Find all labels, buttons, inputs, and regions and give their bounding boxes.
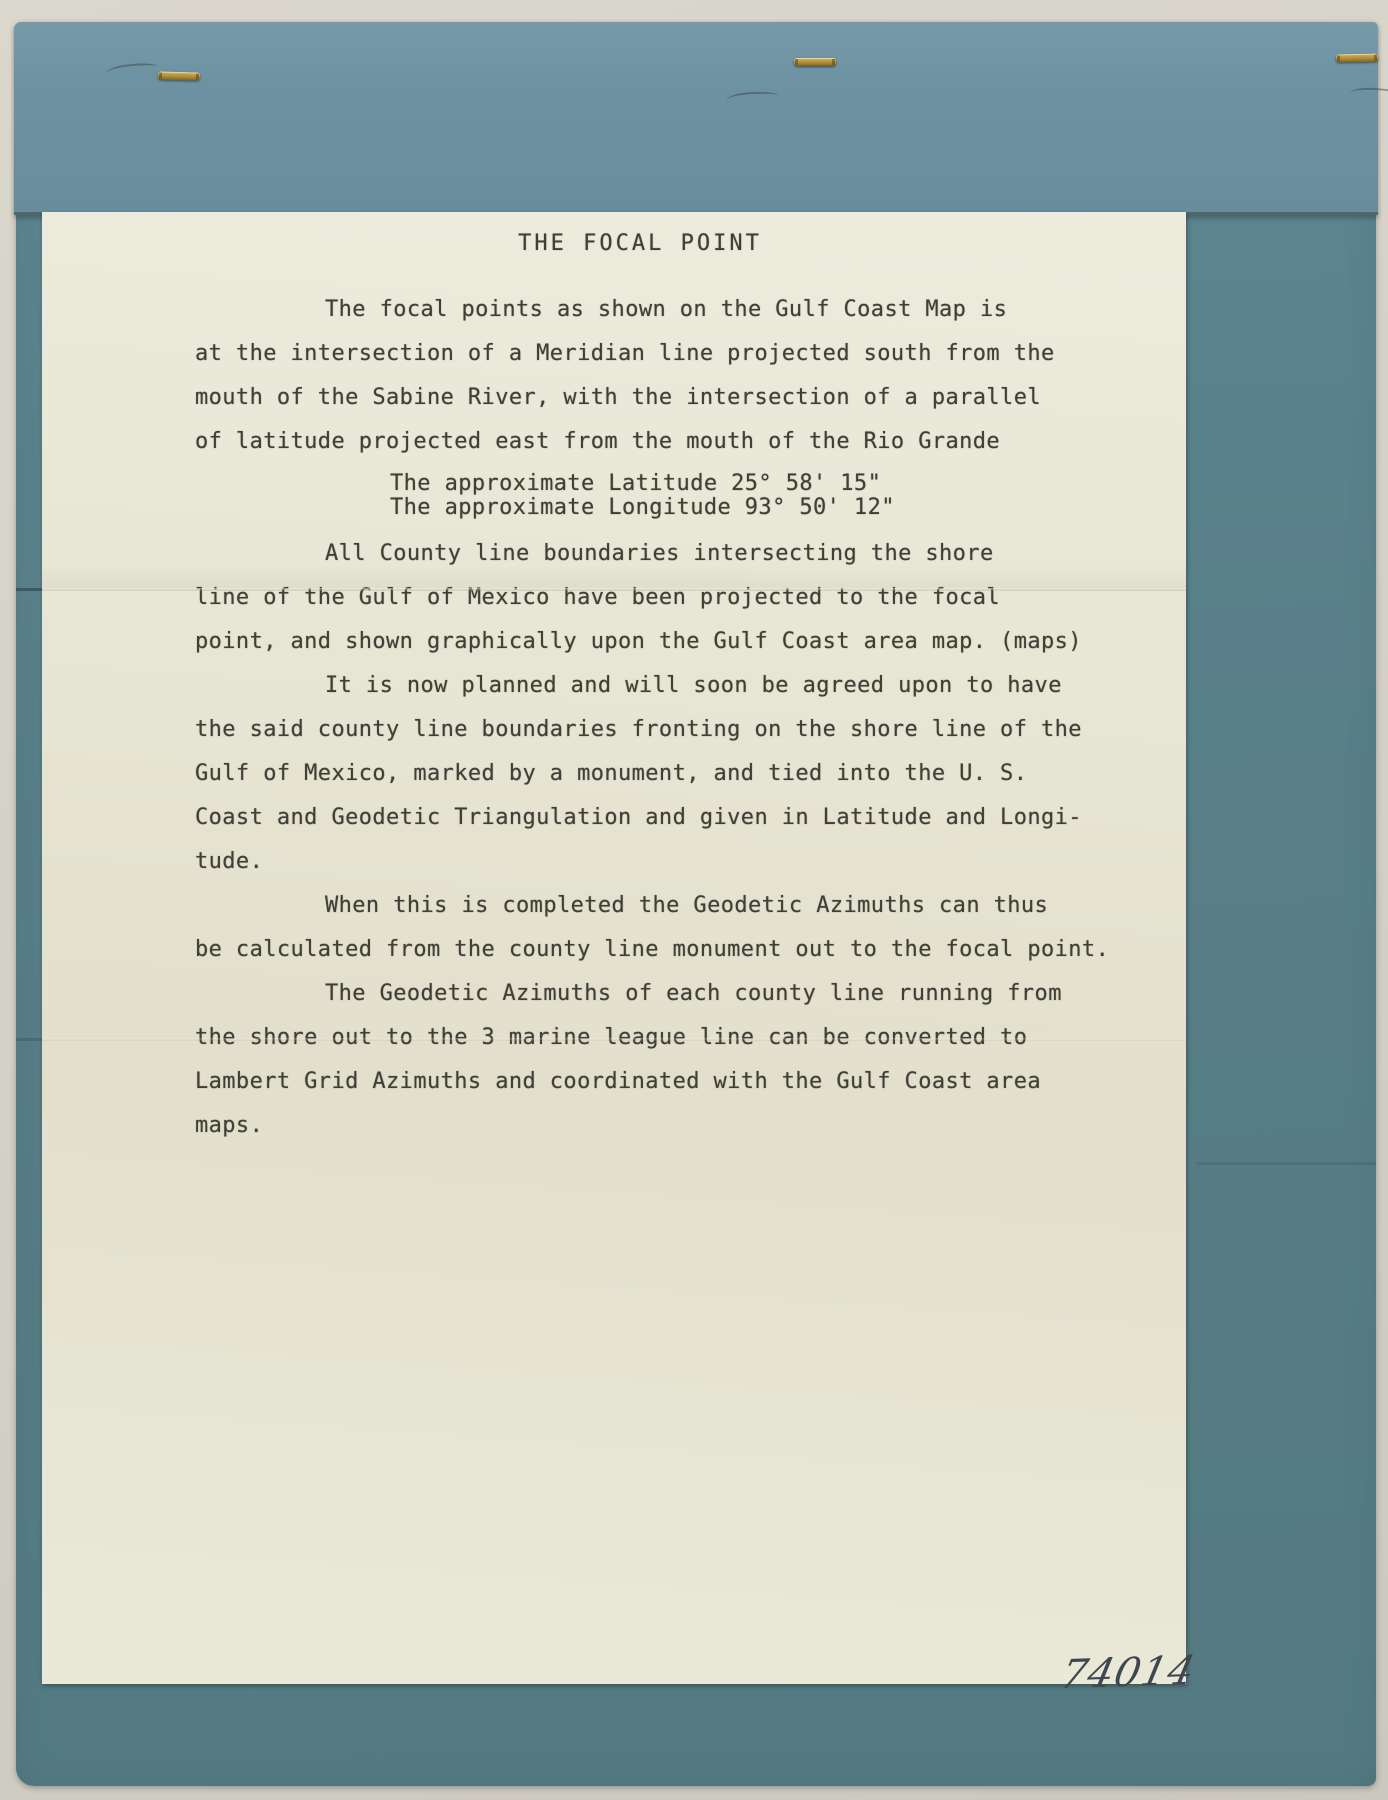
typed-line: Lambert Grid Azimuths and coordinated wi… bbox=[195, 1060, 1186, 1104]
paper-fold-crease-lower bbox=[42, 1038, 1186, 1041]
typed-line: When this is completed the Geodetic Azim… bbox=[195, 884, 1186, 928]
paper-fold-crease-upper bbox=[42, 588, 1186, 591]
staple-middle-icon bbox=[794, 58, 836, 66]
staple-right-icon bbox=[1336, 54, 1378, 63]
typed-line: Coast and Geodetic Triangulation and giv… bbox=[195, 796, 1186, 840]
typed-body: The focal points as shown on the Gulf Co… bbox=[42, 288, 1186, 1148]
typed-line: mouth of the Sabine River, with the inte… bbox=[195, 376, 1186, 420]
board-fold-notch-lower bbox=[16, 1038, 44, 1041]
typed-line: tude. bbox=[195, 840, 1186, 884]
top-flap bbox=[14, 22, 1378, 215]
typed-line: Gulf of Mexico, marked by a monument, an… bbox=[195, 752, 1186, 796]
typed-page: THE FOCAL POINT The focal points as show… bbox=[42, 212, 1186, 1684]
typed-line: The Geodetic Azimuths of each county lin… bbox=[195, 972, 1186, 1016]
board-fold-notch-upper bbox=[16, 588, 44, 591]
typed-line: point, and shown graphically upon the Gu… bbox=[195, 620, 1186, 664]
typed-line: It is now planned and will soon be agree… bbox=[195, 664, 1186, 708]
page-title: THE FOCAL POINT bbox=[68, 212, 1212, 260]
scanned-document-background: THE FOCAL POINT The focal points as show… bbox=[0, 0, 1388, 1800]
longitude-line: The approximate Longitude 93° 50' 12" bbox=[195, 496, 1186, 520]
typed-line: at the intersection of a Meridian line p… bbox=[195, 332, 1186, 376]
paper-crease-shadow bbox=[42, 564, 1186, 590]
latitude-line: The approximate Latitude 25° 58' 15" bbox=[195, 472, 1186, 496]
pencil-mark-right bbox=[1350, 86, 1388, 102]
typed-line: be calculated from the county line monum… bbox=[195, 928, 1186, 972]
staple-left-icon bbox=[158, 71, 200, 80]
pencil-mark-left bbox=[106, 62, 159, 78]
typed-line: The focal points as shown on the Gulf Co… bbox=[195, 288, 1186, 332]
typed-line: the said county line boundaries fronting… bbox=[195, 708, 1186, 752]
board-fold-notch-right bbox=[1196, 1162, 1376, 1165]
typed-line: of latitude projected east from the mout… bbox=[195, 420, 1186, 464]
typed-line: maps. bbox=[195, 1104, 1186, 1148]
backing-board: THE FOCAL POINT The focal points as show… bbox=[16, 22, 1376, 1786]
pencil-mark-middle bbox=[726, 91, 779, 106]
handwritten-catalog-number: 74014 bbox=[1056, 1648, 1199, 1699]
